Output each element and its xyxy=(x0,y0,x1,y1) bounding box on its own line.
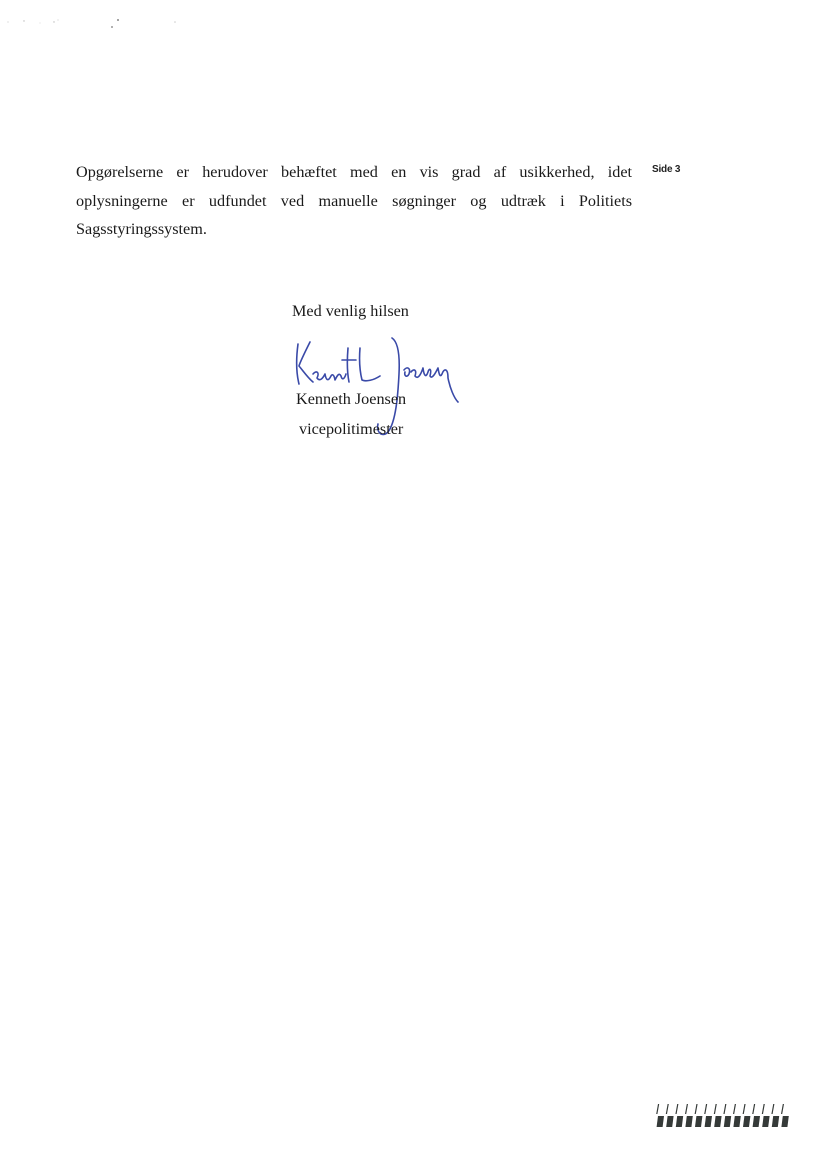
barcode-icon xyxy=(654,1103,790,1129)
closing-greeting: Med venlig hilsen xyxy=(292,302,409,321)
page-number: Side 3 xyxy=(652,164,680,175)
paragraph-line: Opgørelserne er herudover behæftet med e… xyxy=(76,158,632,187)
signatory-title: vicepolitimester xyxy=(299,420,403,439)
paragraph-line: oplysningerne er udfundet ved manuelle s… xyxy=(76,187,632,216)
signatory-name: Kenneth Joensen xyxy=(296,390,406,409)
body-paragraph: Opgørelserne er herudover behæftet med e… xyxy=(76,158,632,244)
scan-noise xyxy=(0,0,220,40)
paragraph-line: Sagsstyringssystem. xyxy=(76,215,632,244)
